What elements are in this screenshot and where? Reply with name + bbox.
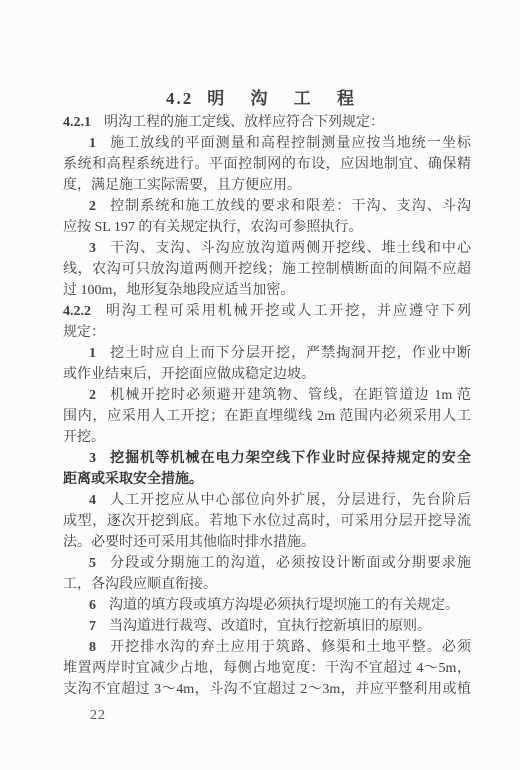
clause-number: 1: [89, 136, 96, 151]
text-line: 2机械开挖时必须避开建筑物、管线，在距管道边 1m 范: [63, 385, 471, 406]
text-line: 1施工放线的平面测量和高程控制测量应按当地统一坐标: [63, 133, 471, 154]
clause-text: 规定：: [63, 325, 105, 340]
section-heading: 4.2明 沟 工 程: [0, 84, 520, 109]
text-line: 度，满足施工实际需要，且方便应用。: [63, 175, 471, 196]
text-line: 围内，应采用人工开挖；在距直埋缆线 2m 范围内必须采用人工: [63, 406, 471, 427]
text-line: 3干沟、支沟、斗沟应放沟道两侧开挖线、堆土线和中心: [63, 238, 471, 259]
clause-text: 挖掘机等机械在电力架空线下作业时应保持规定的安全: [109, 451, 471, 466]
clause-text: 支沟不宜超过 3～4m，斗沟不宜超过 2～3m，并应平整利用或植: [63, 682, 471, 697]
text-line: 系统和高程系统进行。平面控制网的布设，应因地制宜、确保精: [63, 154, 471, 175]
clause-text: 明沟工程的施工定线、放样应符合下列规定：: [104, 115, 384, 130]
clause-number: 4: [89, 493, 96, 508]
clause-text: 沟道的填方段或填方沟堤必须执行堤坝施工的有关规定。: [109, 598, 459, 613]
clause-text: 控制系统和施工放线的要求和限差：干沟、支沟、斗沟: [109, 199, 471, 214]
clause-number: 4.2.1: [63, 115, 91, 130]
clause-text: 系统和高程系统进行。平面控制网的布设，应因地制宜、确保精: [63, 157, 471, 172]
text-line: 支沟不宜超过 3～4m，斗沟不宜超过 2～3m，并应平整利用或植: [63, 679, 471, 700]
clause-text: 度，满足施工实际需要，且方便应用。: [63, 178, 301, 193]
clause-text: 应按 SL 197 的有关规定执行，农沟可参照执行。: [63, 220, 362, 235]
document-page: 4.2明 沟 工 程 4.2.1明沟工程的施工定线、放样应符合下列规定：1施工放…: [0, 0, 520, 770]
clause-text: 围内，应采用人工开挖；在距直埋缆线 2m 范围内必须采用人工: [63, 409, 471, 424]
clause-text: 干沟、支沟、斗沟应放沟道两侧开挖线、堆土线和中心: [109, 241, 471, 256]
clause-text: 或作业结束后，开挖面应做成稳定边坡。: [63, 367, 315, 382]
text-line: 开挖。: [63, 427, 471, 448]
text-line: 距离或采取安全措施。: [63, 469, 471, 490]
clause-text: 挖土时应自上而下分层开挖，严禁掏洞开挖，作业中断: [109, 346, 471, 361]
text-line: 2控制系统和施工放线的要求和限差：干沟、支沟、斗沟: [63, 196, 471, 217]
clause-text: 线，农沟可只放沟道两侧开挖线；施工控制横断面的间隔不应超: [63, 262, 471, 277]
clause-text: 成型，逐次开挖到底。若地下水位过高时，可采用分层开挖导流: [63, 514, 471, 529]
section-title: 明 沟 工 程: [207, 89, 365, 108]
text-line: 成型，逐次开挖到底。若地下水位过高时，可采用分层开挖导流: [63, 511, 471, 532]
text-line: 应按 SL 197 的有关规定执行，农沟可参照执行。: [63, 217, 471, 238]
clause-text: 明沟工程可采用机械开挖或人工开挖，并应遵守下列: [104, 304, 471, 319]
clause-number: 3: [89, 451, 96, 466]
section-number: 4.2: [166, 89, 193, 108]
clause-number: 1: [89, 346, 96, 361]
clause-number: 3: [89, 241, 96, 256]
clause-text: 工，各沟段应顺直衔接。: [63, 577, 217, 592]
text-line: 4.2.2明沟工程可采用机械开挖或人工开挖，并应遵守下列: [63, 301, 471, 322]
text-line: 过 100m，地形复杂地段应适当加密。: [63, 280, 471, 301]
body-lines: 4.2.1明沟工程的施工定线、放样应符合下列规定：1施工放线的平面测量和高程控制…: [63, 112, 471, 700]
clause-text: 施工放线的平面测量和高程控制测量应按当地统一坐标: [109, 136, 471, 151]
text-line: 法。必要时还可采用其他临时排水措施。: [63, 532, 471, 553]
clause-text: 当沟道进行裁弯、改道时，宜执行挖新填旧的原则。: [109, 619, 431, 634]
text-line: 4人工开挖应从中心部位向外扩展，分层进行，先台阶后: [63, 490, 471, 511]
clause-text: 过 100m，地形复杂地段应适当加密。: [63, 283, 294, 298]
text-line: 规定：: [63, 322, 471, 343]
clause-text: 距离或采取安全措施。: [63, 472, 203, 487]
text-line: 6沟道的填方段或填方沟堤必须执行堤坝施工的有关规定。: [63, 595, 471, 616]
clause-number: 4.2.2: [63, 304, 91, 319]
clause-text: 人工开挖应从中心部位向外扩展，分层进行，先台阶后: [109, 493, 471, 508]
clause-text: 法。必要时还可采用其他临时排水措施。: [63, 535, 315, 550]
text-line: 或作业结束后，开挖面应做成稳定边坡。: [63, 364, 471, 385]
clause-text: 机械开挖时必须避开建筑物、管线，在距管道边 1m 范: [109, 388, 471, 403]
clause-text: 开挖。: [63, 430, 105, 445]
text-line: 线，农沟可只放沟道两侧开挖线；施工控制横断面的间隔不应超: [63, 259, 471, 280]
clause-number: 2: [89, 388, 96, 403]
text-line: 7当沟道进行裁弯、改道时，宜执行挖新填旧的原则。: [63, 616, 471, 637]
text-line: 8开挖排水沟的弃土应用于筑路、修渠和土地平整。必须: [63, 637, 471, 658]
clause-text: 堆置两岸时宜减少占地，每侧占地宽度：干沟不宜超过 4～5m，: [63, 661, 471, 676]
clause-number: 5: [89, 556, 96, 571]
text-line: 堆置两岸时宜减少占地，每侧占地宽度：干沟不宜超过 4～5m，: [63, 658, 471, 679]
clause-text: 开挖排水沟的弃土应用于筑路、修渠和土地平整。必须: [109, 640, 471, 655]
clause-number: 2: [89, 199, 96, 214]
text-line: 3挖掘机等机械在电力架空线下作业时应保持规定的安全: [63, 448, 471, 469]
text-line: 1挖土时应自上而下分层开挖，严禁掏洞开挖，作业中断: [63, 343, 471, 364]
clause-text: 分段或分期施工的沟道，必须按设计断面或分期要求施: [109, 556, 471, 571]
text-line: 5分段或分期施工的沟道，必须按设计断面或分期要求施: [63, 553, 471, 574]
text-line: 4.2.1明沟工程的施工定线、放样应符合下列规定：: [63, 112, 471, 133]
clause-number: 8: [89, 640, 96, 655]
text-line: 工，各沟段应顺直衔接。: [63, 574, 471, 595]
clause-number: 7: [89, 619, 96, 634]
page-number: 22: [90, 708, 106, 724]
clause-number: 6: [89, 598, 96, 613]
